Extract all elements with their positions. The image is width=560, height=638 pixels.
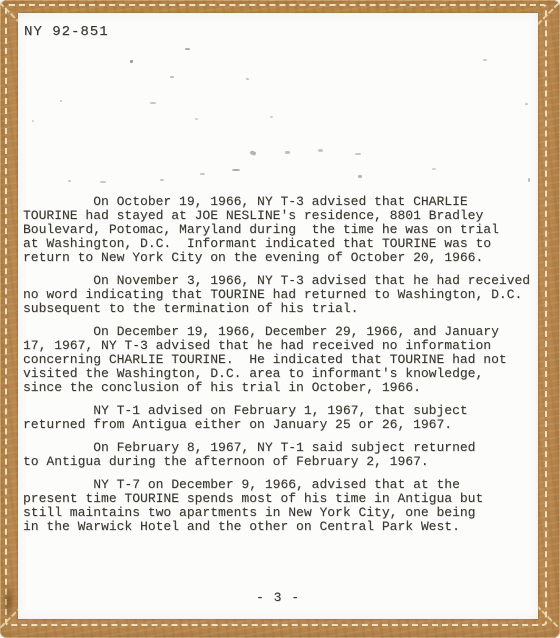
paragraph: On October 19, 1966, NY T-3 advised that… bbox=[23, 195, 538, 265]
scanned-document: NY 92-851 bbox=[0, 0, 560, 638]
document-page: NY 92-851 bbox=[18, 13, 538, 619]
document-body: On October 19, 1966, NY T-3 advised that… bbox=[23, 195, 538, 543]
page-number: - 3 - bbox=[18, 590, 538, 605]
paragraph: NY T-1 advised on February 1, 1967, that… bbox=[23, 404, 538, 432]
paragraph: NY T-7 on December 9, 1966, advised that… bbox=[23, 478, 538, 534]
paragraph: On November 3, 1966, NY T-3 advised that… bbox=[23, 274, 538, 316]
paragraph: On December 19, 1966, December 29, 1966,… bbox=[23, 325, 538, 395]
cover-smudge bbox=[3, 582, 15, 620]
paragraph: On February 8, 1967, NY T-1 said subject… bbox=[23, 441, 538, 469]
file-number: NY 92-851 bbox=[24, 24, 109, 40]
